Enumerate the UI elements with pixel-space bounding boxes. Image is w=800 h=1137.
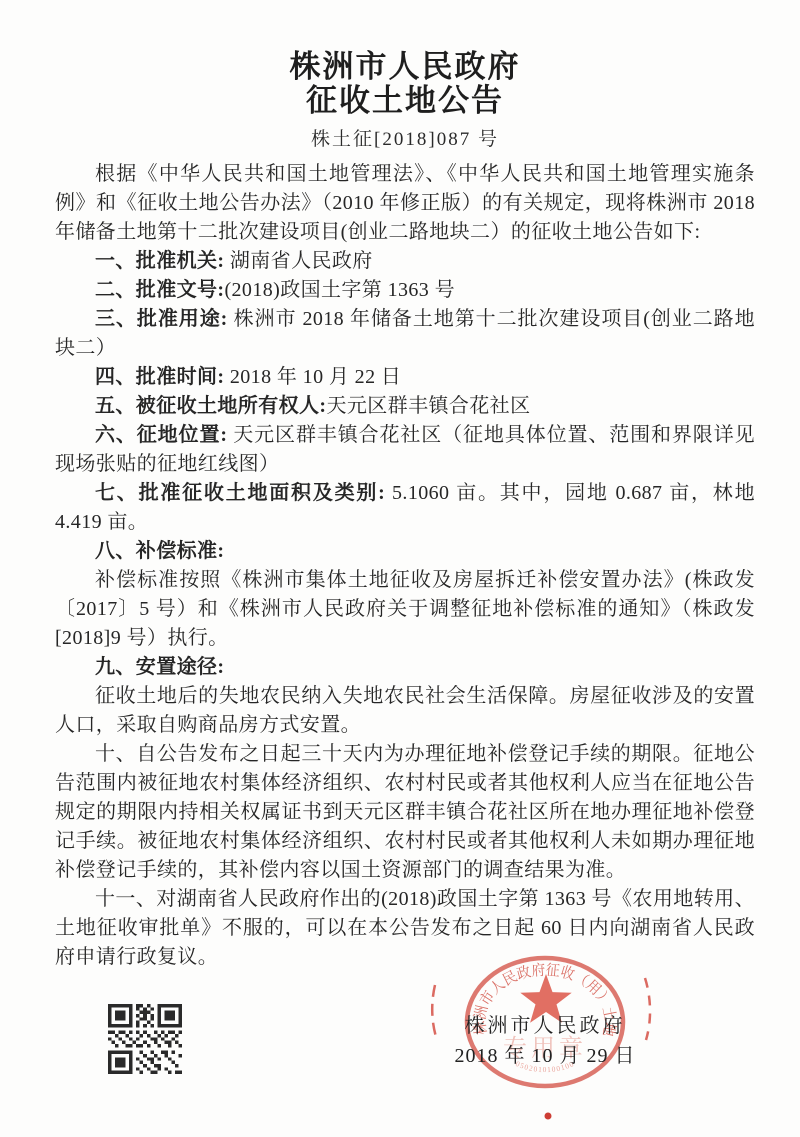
notice-title-line2: 征收土地公告 — [55, 84, 755, 118]
signature-block: 株洲市人民政府 2018 年 10 月 29 日 — [425, 1011, 665, 1071]
notice-body: 根据《中华人民共和国土地管理法》、《中华人民共和国土地管理实施条例》和《征收土地… — [55, 160, 755, 972]
item-1: 一、批准机关: 湖南省人民政府 — [55, 247, 755, 276]
item-5-label: 五、被征收土地所有权人: — [95, 395, 326, 417]
item-7: 七、批准征收土地面积及类别: 5.1060 亩。其中，园地 0.687 亩，林地… — [55, 479, 755, 537]
item-3-label: 三、批准用途: — [95, 308, 228, 330]
section-8-heading-label: 八、补偿标准: — [95, 540, 224, 562]
item-7-label: 七、批准征收土地面积及类别: — [95, 482, 385, 504]
item-1-label: 一、批准机关: — [95, 250, 224, 272]
section-9-heading-label: 九、安置途径: — [95, 656, 224, 678]
section-8-body: 补偿标准按照《株洲市集体土地征收及房屋拆迁补偿安置办法》(株政发〔2017〕5 … — [55, 566, 755, 653]
red-dot-mark — [545, 1113, 552, 1120]
paragraph-10: 十、自公告发布之日起三十天内为办理征地补偿登记手续的期限。征地公告范围内被征地农… — [55, 740, 755, 885]
item-5: 五、被征收土地所有权人:天元区群丰镇合花社区 — [55, 392, 755, 421]
qr-code — [108, 1004, 182, 1074]
item-4-label: 四、批准时间: — [95, 366, 224, 388]
signature-issuer: 株洲市人民政府 — [425, 1011, 665, 1041]
item-6: 六、征地位置: 天元区群丰镇合花社区（征地具体位置、范围和界限详见现场张贴的征地… — [55, 421, 755, 479]
notice-document: 株洲市人民政府 征收土地公告 株土征[2018]087 号 根据《中华人民共和国… — [55, 50, 755, 972]
intro-paragraph: 根据《中华人民共和国土地管理法》、《中华人民共和国土地管理实施条例》和《征收土地… — [55, 160, 755, 247]
section-9-body: 征收土地后的失地农民纳入失地农民社会生活保障。房屋征收涉及的安置人口，采取自购商… — [55, 682, 755, 740]
item-2: 二、批准文号:(2018)政国土字第 1363 号 — [55, 276, 755, 305]
section-9-heading: 九、安置途径: — [55, 653, 755, 682]
item-6-label: 六、征地位置: — [95, 424, 227, 446]
item-3: 三、批准用途: 株洲市 2018 年储备土地第十二批次建设项目(创业二路地块二） — [55, 305, 755, 363]
notice-title-line1: 株洲市人民政府 — [55, 50, 755, 84]
signature-date: 2018 年 10 月 29 日 — [425, 1041, 665, 1071]
item-4: 四、批准时间: 2018 年 10 月 22 日 — [55, 363, 755, 392]
item-2-label: 二、批准文号: — [95, 279, 224, 301]
item-5-text: 天元区群丰镇合花社区 — [326, 395, 530, 417]
item-2-text: (2018)政国土字第 1363 号 — [224, 279, 455, 301]
item-1-text: 湖南省人民政府 — [224, 250, 372, 272]
section-8-heading: 八、补偿标准: — [55, 537, 755, 566]
scanned-notice-page: 株洲市人民政府 征收土地公告 株土征[2018]087 号 根据《中华人民共和国… — [0, 0, 800, 1137]
document-number: 株土征[2018]087 号 — [55, 124, 755, 151]
item-4-text: 2018 年 10 月 22 日 — [224, 366, 401, 388]
